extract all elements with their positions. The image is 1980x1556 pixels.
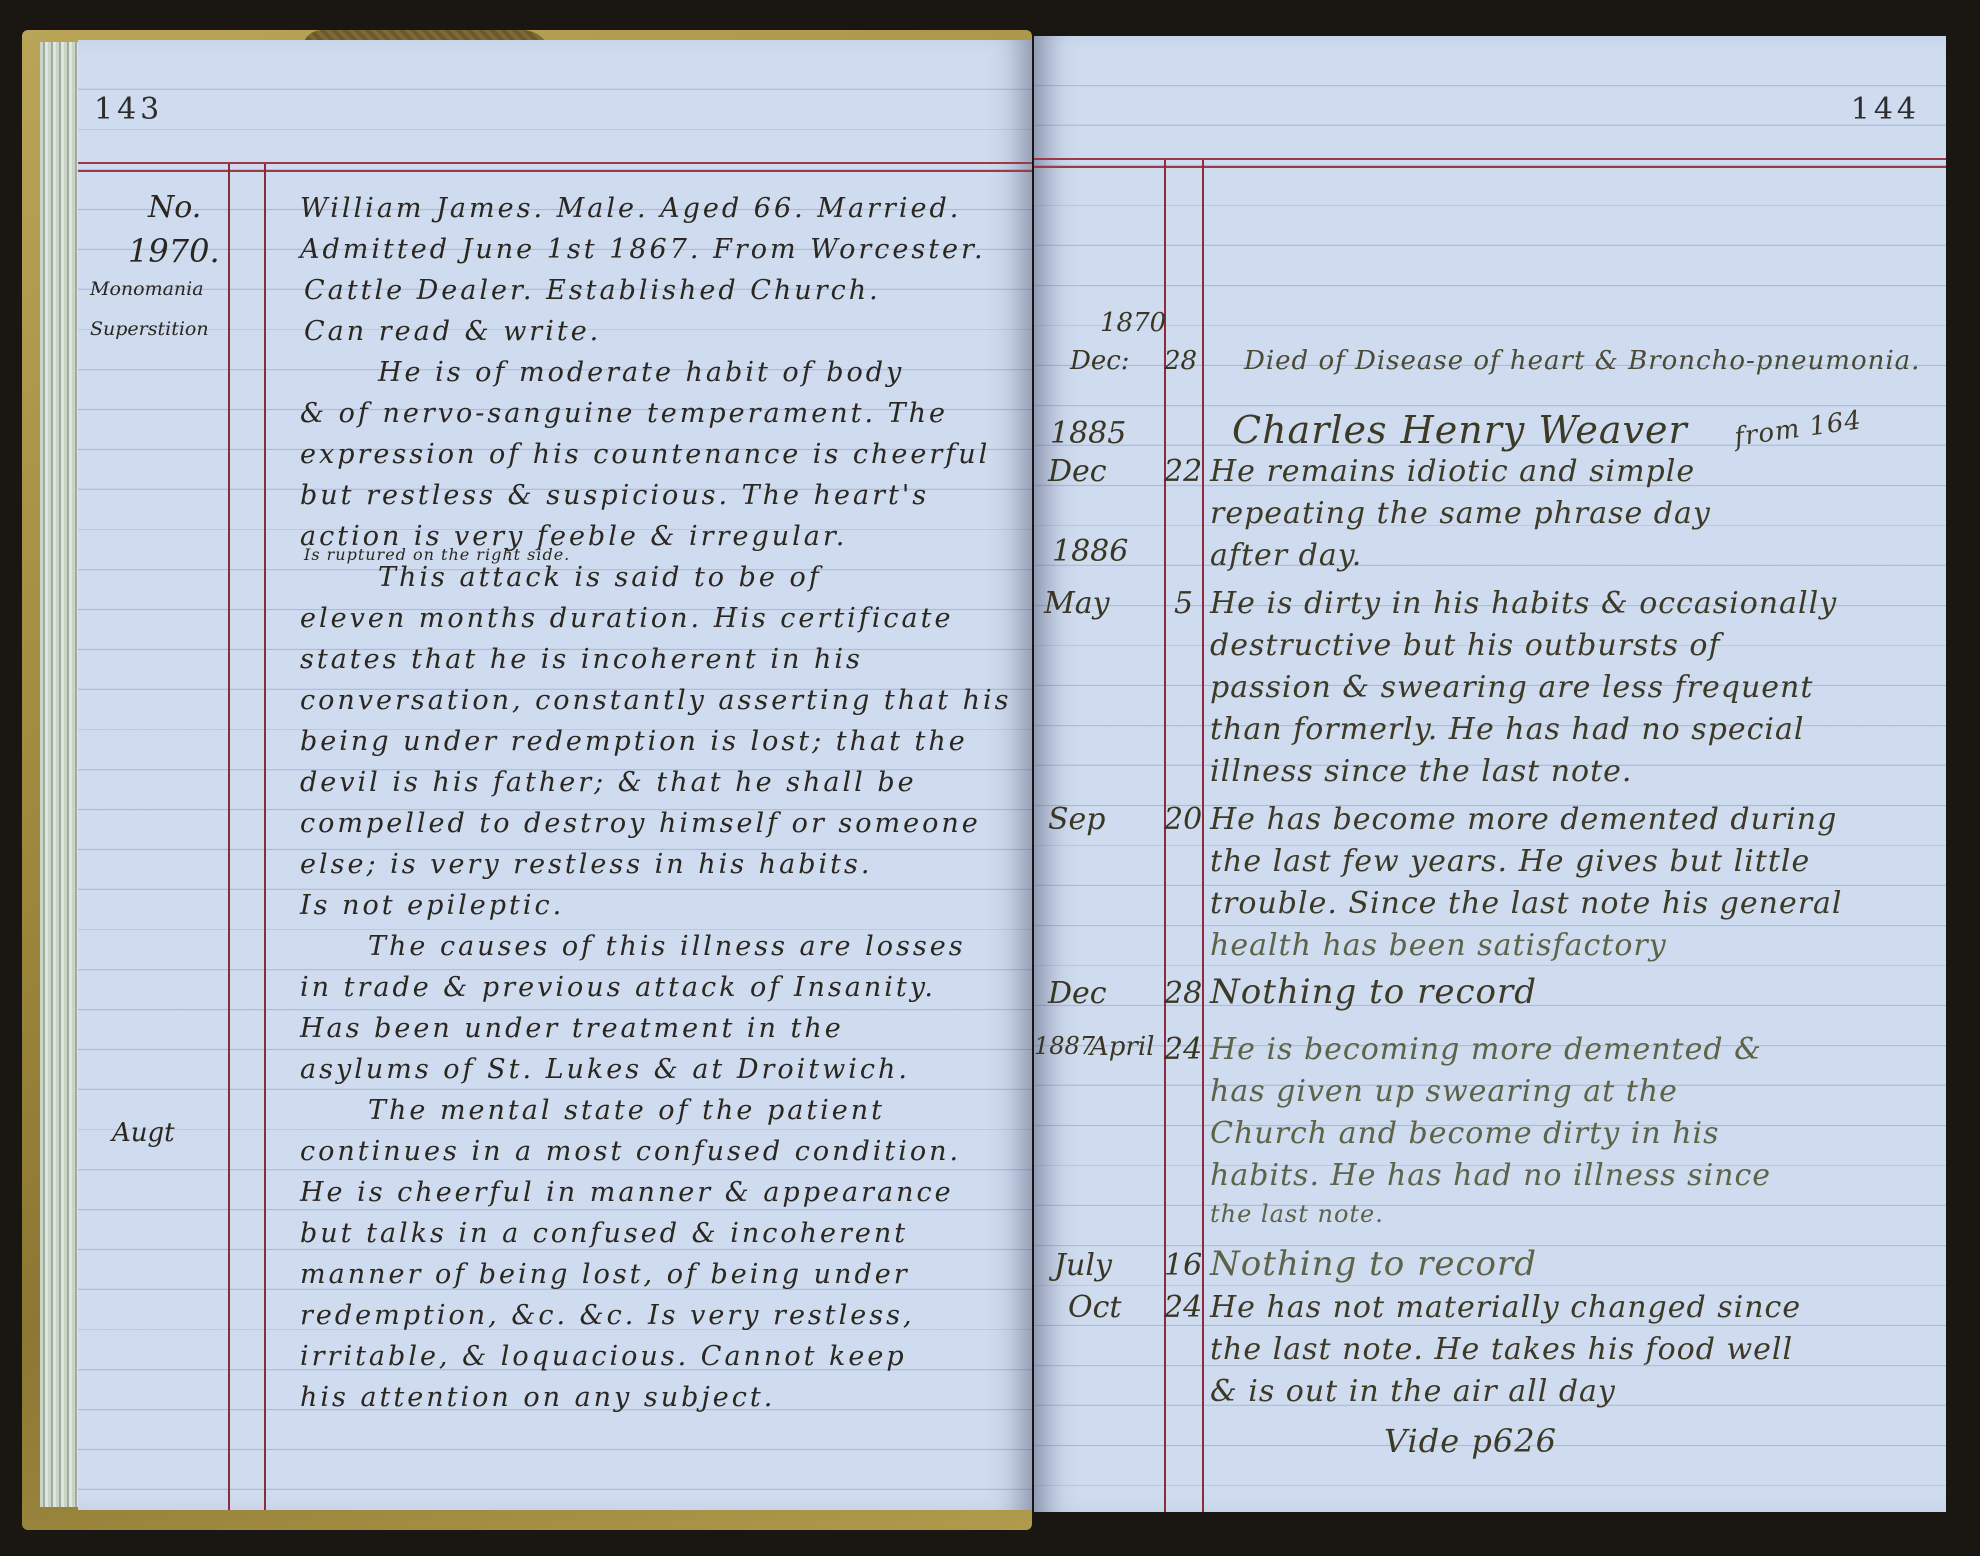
case-line: The mental state of the patient xyxy=(368,1095,885,1126)
case-line: but talks in a confused & incoherent xyxy=(300,1218,908,1249)
case-line: manner of being lost, of being under xyxy=(300,1259,910,1290)
case-line: He is of moderate habit of body xyxy=(378,357,904,388)
entry-text: passion & swearing are less frequent xyxy=(1210,670,1813,705)
entry-month: May xyxy=(1044,586,1110,621)
transfer-ref: from 164 xyxy=(1733,405,1864,453)
entry-text: He is dirty in his habits & occasionally xyxy=(1210,586,1837,621)
entry-text: Nothing to record xyxy=(1210,1244,1537,1284)
entry-year: 1887 xyxy=(1034,1032,1095,1060)
entry-text: the last note. He takes his food well xyxy=(1210,1332,1793,1367)
entry-month: April xyxy=(1090,1032,1154,1062)
case-line: Admitted June 1st 1867. From Worcester. xyxy=(300,234,986,265)
case-line: & of nervo-sanguine temperament. The xyxy=(300,398,948,429)
entry-text: the last few years. He gives but little xyxy=(1210,844,1810,879)
case-line: conversation, constantly asserting that … xyxy=(300,685,1012,716)
header-red-rule xyxy=(78,162,1032,172)
header-red-rule xyxy=(1034,158,1946,168)
patient-number: 1970. xyxy=(128,232,220,270)
right-page: 144 1870 Dec: 28 Died of Disease of hear… xyxy=(1034,36,1946,1512)
case-line: irritable, & loquacious. Cannot keep xyxy=(300,1341,907,1372)
entry-month: Dec xyxy=(1048,976,1107,1011)
case-line: redemption, &c. &c. Is very restless, xyxy=(300,1300,915,1331)
page-number: 143 xyxy=(94,92,163,127)
day-rule xyxy=(1202,160,1204,1512)
entry-day: 16 xyxy=(1164,1248,1202,1283)
entry-text: health has been satisfactory xyxy=(1210,928,1667,963)
form-of-disorder: Monomania xyxy=(90,278,204,300)
margin-no-label: No. xyxy=(148,190,201,225)
entry-text: Died of Disease of heart & Broncho-pneum… xyxy=(1244,346,1920,376)
entry-day: 5 xyxy=(1174,586,1193,621)
entry-text: destructive but his outbursts of xyxy=(1210,628,1721,663)
case-line: devil is his father; & that he shall be xyxy=(300,767,917,798)
entry-text: He remains idiotic and simple xyxy=(1210,454,1695,489)
entry-text: illness since the last note. xyxy=(1210,754,1632,789)
case-line: He is cheerful in manner & appearance xyxy=(300,1177,954,1208)
entry-text: & is out in the air all day xyxy=(1210,1374,1616,1409)
entry-year: 1885 xyxy=(1050,416,1126,451)
case-line: eleven months duration. His certificate xyxy=(300,603,953,634)
entry-text: He is becoming more demented & xyxy=(1210,1032,1762,1067)
entry-text: repeating the same phrase day xyxy=(1210,496,1711,531)
entry-day: 28 xyxy=(1164,976,1202,1011)
entry-day: 24 xyxy=(1164,1032,1202,1067)
later-note-month: Augt xyxy=(112,1118,175,1148)
case-line: Can read & write. xyxy=(304,316,601,347)
margin-rule xyxy=(228,164,230,1510)
patient-name-heading: Charles Henry Weaver xyxy=(1232,408,1688,452)
entry-day: 22 xyxy=(1164,454,1202,489)
entry-text: He has become more demented during xyxy=(1210,802,1837,837)
case-line: The causes of this illness are losses xyxy=(368,931,966,962)
entry-text: after day. xyxy=(1210,538,1362,573)
entry-text: Church and become dirty in his xyxy=(1210,1116,1720,1151)
case-line: states that he is incoherent in his xyxy=(300,644,863,675)
entry-month: Sep xyxy=(1048,802,1106,837)
entry-month: Dec xyxy=(1048,454,1107,489)
case-line: expression of his countenance is cheerfu… xyxy=(300,439,990,470)
case-line: his attention on any subject. xyxy=(300,1382,775,1413)
entry-month: July xyxy=(1054,1248,1112,1283)
case-line: continues in a most confused condition. xyxy=(300,1136,961,1167)
entry-text: trouble. Since the last note his general xyxy=(1210,886,1843,921)
case-line: Is not epileptic. xyxy=(300,890,564,921)
case-line: Cattle Dealer. Established Church. xyxy=(304,275,881,306)
case-line: compelled to destroy himself or someone xyxy=(300,808,981,839)
entry-text: than formerly. He has had no special xyxy=(1210,712,1805,747)
case-line: being under redemption is lost; that the xyxy=(300,726,968,757)
case-line: in trade & previous attack of Insanity. xyxy=(300,972,936,1003)
case-line: but restless & suspicious. The heart's xyxy=(300,480,929,511)
entry-text: has given up swearing at the xyxy=(1210,1074,1678,1109)
case-line: William James. Male. Aged 66. Married. xyxy=(300,193,961,224)
entry-month: Dec: xyxy=(1070,346,1130,376)
margin-rule xyxy=(264,164,266,1510)
entry-year: 1886 xyxy=(1052,534,1128,569)
case-line: asylums of St. Lukes & at Droitwich. xyxy=(300,1054,910,1085)
entry-text: Nothing to record xyxy=(1210,972,1537,1012)
case-line: This attack is said to be of xyxy=(378,562,822,593)
left-page: 143 No. 1970. Monomania Superstition Aug… xyxy=(78,40,1032,1510)
entry-day: 28 xyxy=(1164,346,1197,376)
entry-month: Oct xyxy=(1068,1290,1121,1325)
case-line: Has been under treatment in the xyxy=(300,1013,844,1044)
case-line: else; is very restless in his habits. xyxy=(300,849,872,880)
entry-year: 1870 xyxy=(1100,308,1166,338)
entry-text: He has not materially changed since xyxy=(1210,1290,1801,1325)
entry-text: habits. He has had no illness since xyxy=(1210,1158,1771,1193)
entry-day: 20 xyxy=(1164,802,1202,837)
supposed-cause: Superstition xyxy=(90,318,209,340)
cross-reference-note: Vide p626 xyxy=(1384,1422,1557,1460)
entry-day: 24 xyxy=(1164,1290,1202,1325)
entry-text: the last note. xyxy=(1210,1200,1384,1228)
page-number: 144 xyxy=(1851,92,1920,127)
